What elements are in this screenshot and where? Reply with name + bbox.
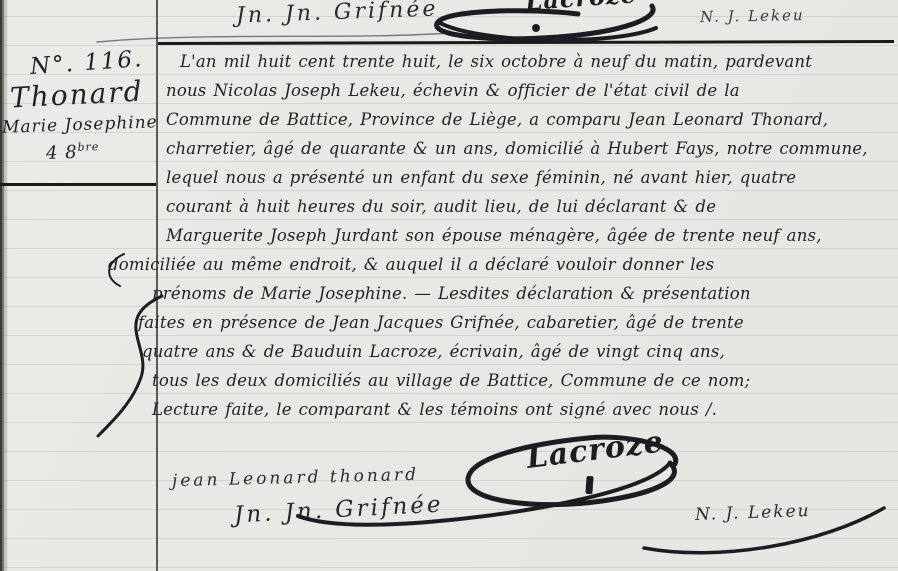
scanned-register-page: Jn. Jn. Grifnée Lacroze N. J. Lekeu N°. …	[0, 0, 898, 571]
pen-swash-previous	[95, 28, 455, 46]
margin-date-main: 4 8	[46, 142, 78, 164]
act-text-line: Lecture faite, le comparant & les témoin…	[152, 395, 892, 424]
margin-given-names: Marie Josephine	[2, 112, 158, 137]
act-text-line: Commune de Battice, Province de Liège, a…	[166, 105, 892, 134]
page-binding-edge	[0, 0, 8, 571]
act-text-line: tous les deux domiciliés au village de B…	[152, 366, 892, 395]
act-text-line: faites en présence de Jean Jacques Grifn…	[138, 308, 892, 337]
act-text-line: charretier, âgé de quarante & un ans, do…	[166, 134, 892, 163]
signature-lacroze-previous-text: Lacroze	[523, 0, 637, 16]
margin-date-superscript: bre	[77, 140, 99, 154]
act-text-line: domiciliée au même endroit, & auquel il …	[108, 250, 892, 279]
act-text-line: courant à huit heures du soir, audit lie…	[166, 192, 892, 221]
signature-lacroze-text: Lacroze	[524, 424, 666, 476]
margin-note-separator-line	[0, 183, 156, 186]
signature-lekeu-previous: N. J. Lekeu	[700, 6, 805, 26]
act-text-line: L'an mil huit cent trente huit, le six o…	[180, 47, 892, 76]
lekeu-underline-flourish	[630, 498, 892, 562]
act-text-line: Marguerite Joseph Jurdant son épouse mén…	[166, 221, 892, 250]
margin-date-note: 4 8bre	[46, 140, 100, 164]
act-text-line: lequel nous a présenté un enfant du sexe…	[166, 163, 892, 192]
margin-surname: Thonard	[9, 75, 144, 115]
act-body-text: L'an mil huit cent trente huit, le six o…	[166, 47, 892, 424]
margin-paraph-flourish	[88, 250, 168, 442]
act-text-line: prénoms de Marie Josephine. — Lesdites d…	[152, 279, 892, 308]
act-text-line: quatre ans & de Bauduin Lacroze, écrivai…	[142, 337, 892, 366]
act-text-line: nous Nicolas Joseph Lekeu, échevin & off…	[166, 76, 892, 105]
